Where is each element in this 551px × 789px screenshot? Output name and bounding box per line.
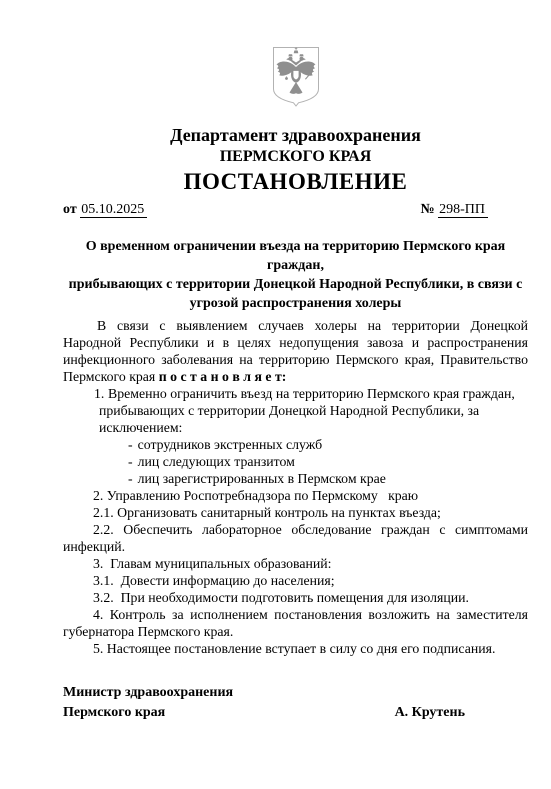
title-line: прибывающих с территории Донецкой Народн… xyxy=(63,275,528,294)
date-number-line: от 05.10.2025 № 298-ПП xyxy=(63,201,528,219)
document-number: № 298-ПП xyxy=(421,201,488,219)
title-line: угрозой распространения холеры xyxy=(63,294,528,313)
exception-item: -лиц следующих транзитом xyxy=(63,453,528,470)
decree-item-1: 1.Временно ограничить въезд на территори… xyxy=(63,385,528,436)
title-line: О временном ограничении въезда на террит… xyxy=(63,237,528,275)
decree-item-2-2: 2.2. Обеспечить лабораторное обследовани… xyxy=(63,521,528,555)
dash-bullet: - xyxy=(128,471,133,486)
intro-text: В связи с выявлением случаев холеры на т… xyxy=(63,318,528,384)
date-value: 05.10.2025 xyxy=(80,202,147,218)
dash-bullet: - xyxy=(128,437,133,452)
exception-text: сотрудников экстренных служб xyxy=(138,437,323,452)
decree-item-3-1: 3.1. Довести информацию до населения; xyxy=(63,572,528,589)
issuer-region: ПЕРМСКОГО КРАЯ xyxy=(63,147,528,167)
decree-item-5: 5. Настоящее постановление вступает в си… xyxy=(63,640,528,657)
date-label: от xyxy=(63,202,77,217)
decree-item-2: 2. Управлению Роспотребнадзора по Пермск… xyxy=(63,487,528,504)
document-body: В связи с выявлением случаев холеры на т… xyxy=(63,317,528,657)
issuer-department: Департамент здравоохранения xyxy=(63,125,528,146)
item-1-text: Временно ограничить въезд на территорию … xyxy=(99,386,515,435)
exception-item: -сотрудников экстренных служб xyxy=(63,436,528,453)
signer-post-line1: Министр здравоохранения xyxy=(63,683,528,703)
exception-text: лиц зарегистрированных в Пермском крае xyxy=(138,471,386,486)
document-title: О временном ограничении въезда на террит… xyxy=(63,237,528,313)
decree-item-3-2: 3.2. При необходимости подготовить помещ… xyxy=(63,589,528,606)
item-1-marker: 1. xyxy=(94,385,104,402)
russia-coat-of-arms-icon xyxy=(270,45,322,107)
signer-name: А. Крутень xyxy=(395,703,465,723)
dash-bullet: - xyxy=(128,454,133,469)
number-value: 298-ПП xyxy=(438,202,488,218)
resolves-text: п о с т а н о в л я е т: xyxy=(159,369,287,384)
signature-row: Пермского края А. Крутень xyxy=(63,703,528,723)
document-date: от 05.10.2025 xyxy=(63,201,147,219)
intro-paragraph: В связи с выявлением случаев холеры на т… xyxy=(63,317,528,385)
signature-block: Министр здравоохранения Пермского края А… xyxy=(63,683,528,723)
decree-item-2-1: 2.1. Организовать санитарный контроль на… xyxy=(63,504,528,521)
signer-post-line2: Пермского края xyxy=(63,703,165,723)
exception-text: лиц следующих транзитом xyxy=(138,454,295,469)
decree-item-3: 3. Главам муниципальных образований: xyxy=(63,555,528,572)
exception-item: -лиц зарегистрированных в Пермском крае xyxy=(63,470,528,487)
number-label: № xyxy=(421,202,435,217)
emblem xyxy=(270,45,322,112)
decree-item-4: 4. Контроль за исполнением постановления… xyxy=(63,606,528,640)
decree-document-page: Департамент здравоохранения ПЕРМСКОГО КР… xyxy=(0,0,551,789)
document-type-heading: ПОСТАНОВЛЕНИЕ xyxy=(63,168,528,195)
